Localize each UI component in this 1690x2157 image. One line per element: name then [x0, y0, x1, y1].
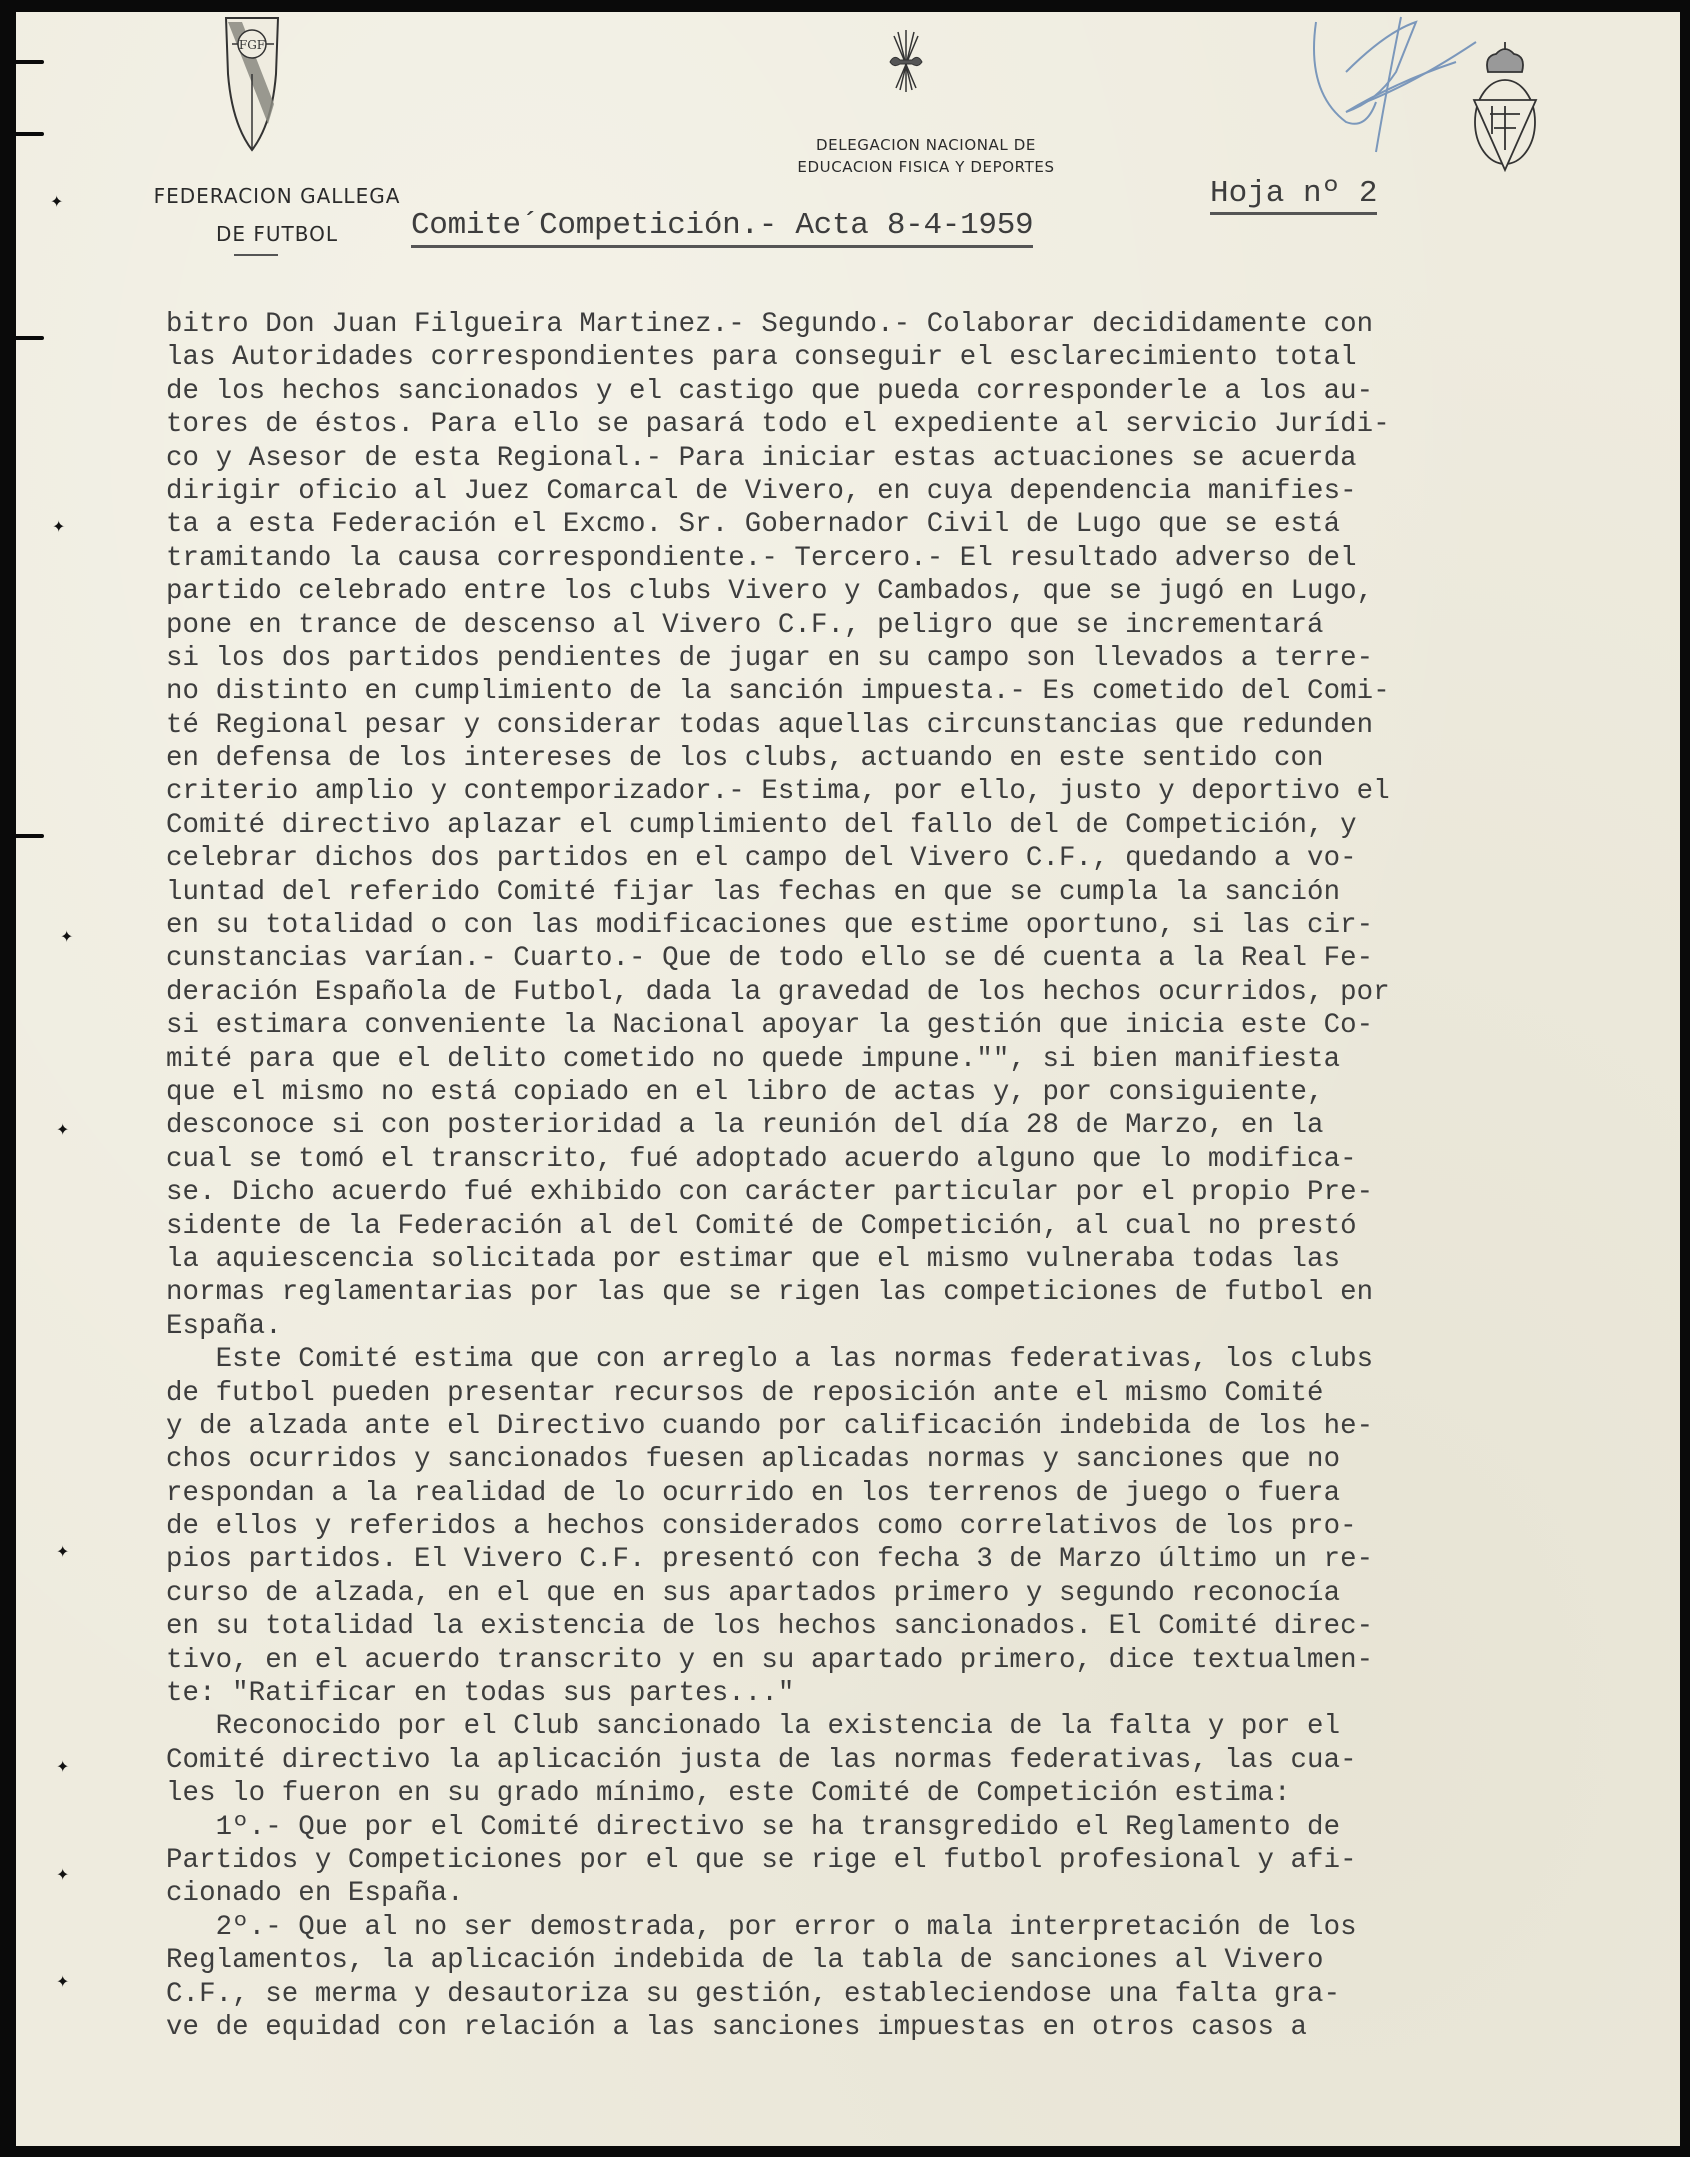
- binding-notch: [16, 132, 44, 136]
- body-line: si los dos partidos pendientes de jugar …: [166, 642, 1690, 675]
- yoke-and-arrows-icon: [886, 26, 926, 96]
- body-line: pios partidos. El Vivero C.F. presentó c…: [166, 1543, 1690, 1576]
- punch-hole-icon: ✦: [56, 1870, 65, 1879]
- body-line: las Autoridades correspondientes para co…: [166, 341, 1690, 374]
- body-line: 1º.- Que por el Comité directivo se ha t…: [166, 1811, 1690, 1844]
- body-line: criterio amplio y contemporizador.- Esti…: [166, 775, 1690, 808]
- body-line: bitro Don Juan Filgueira Martinez.- Segu…: [166, 308, 1690, 341]
- body-line: sidente de la Federación al del Comité d…: [166, 1210, 1690, 1243]
- body-line: dirigir oficio al Juez Comarcal de Viver…: [166, 475, 1690, 508]
- body-line: se. Dicho acuerdo fué exhibido con carác…: [166, 1176, 1690, 1209]
- body-line: Este Comité estima que con arreglo a las…: [166, 1343, 1690, 1376]
- body-line: curso de alzada, en el que en sus aparta…: [166, 1577, 1690, 1610]
- body-line: deración Española de Futbol, dada la gra…: [166, 976, 1690, 1009]
- body-line: la aquiescencia solicitada por estimar q…: [166, 1243, 1690, 1276]
- punch-hole-icon: ✦: [56, 1977, 65, 1986]
- binding-notch: [16, 336, 44, 340]
- body-line: C.F., se merma y desautoriza su gestión,…: [166, 1978, 1690, 2011]
- svg-text:FGF: FGF: [239, 38, 265, 52]
- body-line: ve de equidad con relación a las sancion…: [166, 2011, 1690, 2044]
- body-line: cionado en España.: [166, 1877, 1690, 1910]
- body-line: de ellos y referidos a hechos considerad…: [166, 1510, 1690, 1543]
- body-line: tivo, en el acuerdo transcrito y en su a…: [166, 1644, 1690, 1677]
- punch-hole-icon: ✦: [50, 197, 59, 206]
- body-line: Partidos y Competiciones por el que se r…: [166, 1844, 1690, 1877]
- body-line: desconoce si con posterioridad a la reun…: [166, 1109, 1690, 1142]
- body-line: té Regional pesar y considerar todas aqu…: [166, 709, 1690, 742]
- body-line: y de alzada ante el Directivo cuando por…: [166, 1410, 1690, 1443]
- body-line: cunstancias varían.- Cuarto.- Que de tod…: [166, 942, 1690, 975]
- body-line: mité para que el delito cometido no qued…: [166, 1043, 1690, 1076]
- document-page: ✦ ✦ ✦ ✦ ✦ ✦ ✦ ✦ FGF FEDERACION GALLEGA D…: [16, 12, 1680, 2146]
- body-line: te: "Ratificar en todas sus partes...": [166, 1677, 1690, 1710]
- federation-name-line-1: FEDERACION GALLEGA: [122, 177, 432, 215]
- body-line: España.: [166, 1310, 1690, 1343]
- delegation-name: DELEGACION NACIONAL DE EDUCACION FISICA …: [776, 134, 1076, 178]
- body-line: en su totalidad o con las modificaciones…: [166, 909, 1690, 942]
- document-subtitle: Comite´Competición.- Acta 8-4-1959: [411, 208, 1033, 248]
- body-line: tramitando la causa correspondiente.- Te…: [166, 542, 1690, 575]
- punch-hole-icon: ✦: [56, 1762, 65, 1771]
- punch-hole-icon: ✦: [52, 522, 61, 531]
- body-line: Comité directivo aplazar el cumplimiento…: [166, 809, 1690, 842]
- federation-name: FEDERACION GALLEGA DE FUTBOL: [122, 177, 432, 253]
- body-line: normas reglamentarias por las que se rig…: [166, 1276, 1690, 1309]
- punch-hole-icon: ✦: [56, 1125, 65, 1134]
- body-line: les lo fueron en su grado mínimo, este C…: [166, 1777, 1690, 1810]
- body-line: pone en trance de descenso al Vivero C.F…: [166, 609, 1690, 642]
- body-line: tores de éstos. Para ello se pasará todo…: [166, 408, 1690, 441]
- document-body: bitro Don Juan Filgueira Martinez.- Segu…: [166, 308, 1690, 2044]
- body-line: luntad del referido Comité fijar las fec…: [166, 876, 1690, 909]
- body-line: respondan a la realidad de lo ocurrido e…: [166, 1477, 1690, 1510]
- body-line: ta a esta Federación el Excmo. Sr. Gober…: [166, 508, 1690, 541]
- federation-name-rule: [234, 254, 278, 256]
- body-line: que el mismo no está copiado en el libro…: [166, 1076, 1690, 1109]
- rfef-crowned-crest-icon: [1470, 42, 1540, 172]
- sheet-number: Hoja nº 2: [1210, 176, 1377, 215]
- body-line: partido celebrado entre los clubs Vivero…: [166, 575, 1690, 608]
- body-line: Comité directivo la aplicación justa de …: [166, 1744, 1690, 1777]
- body-line: celebrar dichos dos partidos en el campo…: [166, 842, 1690, 875]
- body-line: no distinto en cumplimiento de la sanció…: [166, 675, 1690, 708]
- body-line: si estimara conveniente la Nacional apoy…: [166, 1009, 1690, 1042]
- punch-hole-icon: ✦: [56, 1547, 65, 1556]
- punch-hole-icon: ✦: [60, 932, 69, 941]
- body-line: cual se tomó el transcrito, fué adoptado…: [166, 1143, 1690, 1176]
- body-line: Reconocido por el Club sancionado la exi…: [166, 1710, 1690, 1743]
- body-line: en defensa de los intereses de los clubs…: [166, 742, 1690, 775]
- delegation-name-line-1: DELEGACION NACIONAL DE: [776, 134, 1076, 156]
- body-line: Reglamentos, la aplicación indebida de l…: [166, 1944, 1690, 1977]
- body-line: co y Asesor de esta Regional.- Para inic…: [166, 442, 1690, 475]
- federation-name-line-2: DE FUTBOL: [122, 215, 432, 253]
- body-line: chos ocurridos y sancionados fuesen apli…: [166, 1443, 1690, 1476]
- delegation-name-line-2: EDUCACION FISICA Y DEPORTES: [776, 156, 1076, 178]
- body-line: de futbol pueden presentar recursos de r…: [166, 1377, 1690, 1410]
- body-line: en su totalidad la existencia de los hec…: [166, 1610, 1690, 1643]
- fgf-shield-icon: FGF: [222, 14, 282, 154]
- body-line: de los hechos sancionados y el castigo q…: [166, 375, 1690, 408]
- body-line: 2º.- Que al no ser demostrada, por error…: [166, 1911, 1690, 1944]
- binding-notch: [16, 60, 44, 64]
- binding-notch: [16, 834, 44, 838]
